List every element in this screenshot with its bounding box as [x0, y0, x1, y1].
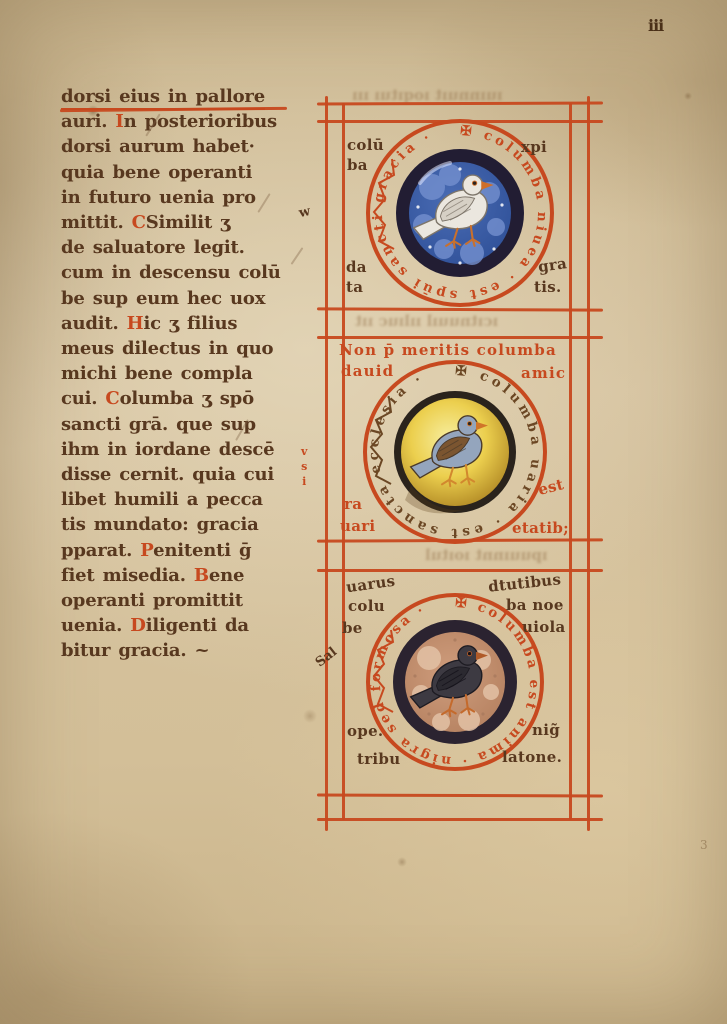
bird-eye: [472, 181, 476, 185]
text-segment: B: [194, 565, 209, 586]
text-segment: quia bene operanti: [61, 162, 252, 183]
panel-frame-line: [569, 103, 572, 820]
text-line: uenia. Diligenti da: [61, 613, 306, 638]
text-line: de saluatore legit.: [61, 235, 306, 260]
text-line: audit. Hic ʒ filius: [61, 311, 306, 336]
corner-word: uiola: [522, 618, 566, 636]
margin-sal-mark: Sal: [313, 645, 340, 671]
text-segment: Similit ʒ: [146, 212, 230, 233]
bird-head: [463, 175, 483, 195]
panel-frame-line: [317, 102, 603, 106]
text-line: meus dilectus in quo: [61, 336, 306, 361]
text-line: operanti promittit: [61, 588, 306, 613]
text-line: tis mundato: gracia: [61, 512, 306, 537]
panel-frame-line: [587, 96, 590, 831]
text-segment: operanti promittit: [61, 590, 243, 611]
text-segment: sancti grā. que sup: [61, 414, 256, 435]
text-segment: C: [132, 212, 146, 233]
bird-head: [458, 416, 477, 435]
corner-word: ta: [346, 278, 363, 296]
text-segment: iligenti da: [146, 615, 249, 636]
text-line: michi bene compla: [61, 361, 306, 386]
margin-w-mark: w: [298, 204, 312, 221]
corner-word: ba noe: [506, 596, 564, 614]
text-line: sancti grā. que sup: [61, 412, 306, 437]
corner-mark: 3: [700, 838, 708, 852]
panel-frame-line: [317, 794, 603, 798]
text-segment: meus dilectus in quo: [61, 338, 273, 359]
text-segment: mittit.: [61, 212, 132, 233]
text-segment: fiet misedia.: [61, 565, 194, 586]
text-segment: auri.: [61, 111, 115, 132]
text-segment: H: [127, 313, 144, 334]
corner-word: colu: [348, 597, 385, 615]
text-line: dorsi aurum habet·: [61, 134, 306, 159]
text-segment: be sup eum hec uox: [61, 288, 265, 309]
text-segment: n posterioribus: [124, 111, 277, 132]
text-segment: dorsi aurum habet·: [61, 136, 255, 157]
manuscript-page: iii 3 ıuınnuıt ıoqıtuı ııı ıcıtnuuıl ııl…: [0, 0, 727, 1024]
text-line: cum in descensu colū: [61, 260, 306, 285]
text-line: dorsi eius in pallore: [61, 84, 306, 109]
text-line: auri. In posterioribus: [61, 109, 306, 134]
text-line: be sup eum hec uox: [61, 286, 306, 311]
text-segment: michi bene compla: [61, 363, 253, 384]
text-line: pparat. Penitenti ḡ: [61, 538, 306, 563]
panel-frame-line: [317, 336, 603, 339]
text-line: fiet misedia. Bene: [61, 563, 306, 588]
corner-word: etatib;: [512, 519, 569, 537]
text-segment: disse cernit. quia cui: [61, 464, 274, 485]
text-line: ihm in iordane descē: [61, 437, 306, 462]
corner-word: da: [346, 258, 367, 276]
text-line: mittit. CSimilit ʒ: [61, 210, 306, 235]
text-segment: bitur gracia. ~: [61, 640, 209, 661]
text-segment: ic ʒ filius: [143, 313, 237, 334]
corner-word: nig̃: [532, 721, 560, 739]
bird-eye: [467, 652, 471, 656]
folio-number: iii: [648, 16, 663, 35]
panel-frame-line: [325, 96, 328, 831]
text-segment: uenia.: [61, 615, 130, 636]
text-segment: ihm in iordane descē: [61, 439, 274, 460]
text-segment: libet humili a pecca: [61, 489, 263, 510]
margin-vsi-v: v: [301, 444, 307, 459]
text-segment: de saluatore legit.: [61, 237, 245, 258]
corner-word: colū: [347, 136, 384, 154]
corner-word: ba: [347, 156, 368, 174]
bird-head: [458, 646, 477, 665]
text-line: libet humili a pecca: [61, 487, 306, 512]
text-line: bitur gracia. ~: [61, 638, 306, 663]
text-line: disse cernit. quia cui: [61, 462, 306, 487]
margin-vsi-s: s: [301, 459, 307, 474]
text-segment: pparat.: [61, 540, 140, 561]
corner-word: be: [342, 619, 363, 637]
text-segment: cui.: [61, 388, 105, 409]
panel-frame-line: [317, 818, 603, 821]
text-segment: audit.: [61, 313, 127, 334]
text-column: dorsi eius in palloreauri. In posteriori…: [61, 84, 306, 664]
text-segment: in futuro uenia pro: [61, 187, 256, 208]
text-segment: D: [130, 615, 145, 636]
text-segment: enitenti ḡ: [153, 540, 251, 561]
text-line: cui. Columba ʒ spō: [61, 386, 306, 411]
text-segment: ene: [209, 565, 244, 586]
margin-vsi-i: i: [301, 474, 307, 489]
text-segment: olumba ʒ spō: [120, 388, 254, 409]
text-segment: cum in descensu colū: [61, 262, 281, 283]
text-segment: tis mundato: gracia: [61, 514, 259, 535]
corner-word: ra: [344, 495, 362, 513]
corner-word: latone.: [502, 748, 562, 766]
text-segment: C: [105, 388, 119, 409]
corner-word: ope.: [347, 722, 383, 740]
corner-word: uari: [340, 517, 375, 535]
panel-frame-line: [342, 103, 345, 820]
text-line: quia bene operanti: [61, 160, 306, 185]
text-segment: P: [140, 540, 153, 561]
corner-word: tribu: [357, 750, 400, 768]
corner-word: xpi: [521, 138, 547, 156]
margin-vsi-mark: v s i: [301, 444, 307, 489]
corner-word: tis.: [534, 278, 562, 296]
text-segment: I: [115, 111, 123, 132]
bird-eye: [467, 422, 471, 426]
text-line: in futuro uenia pro: [61, 185, 306, 210]
